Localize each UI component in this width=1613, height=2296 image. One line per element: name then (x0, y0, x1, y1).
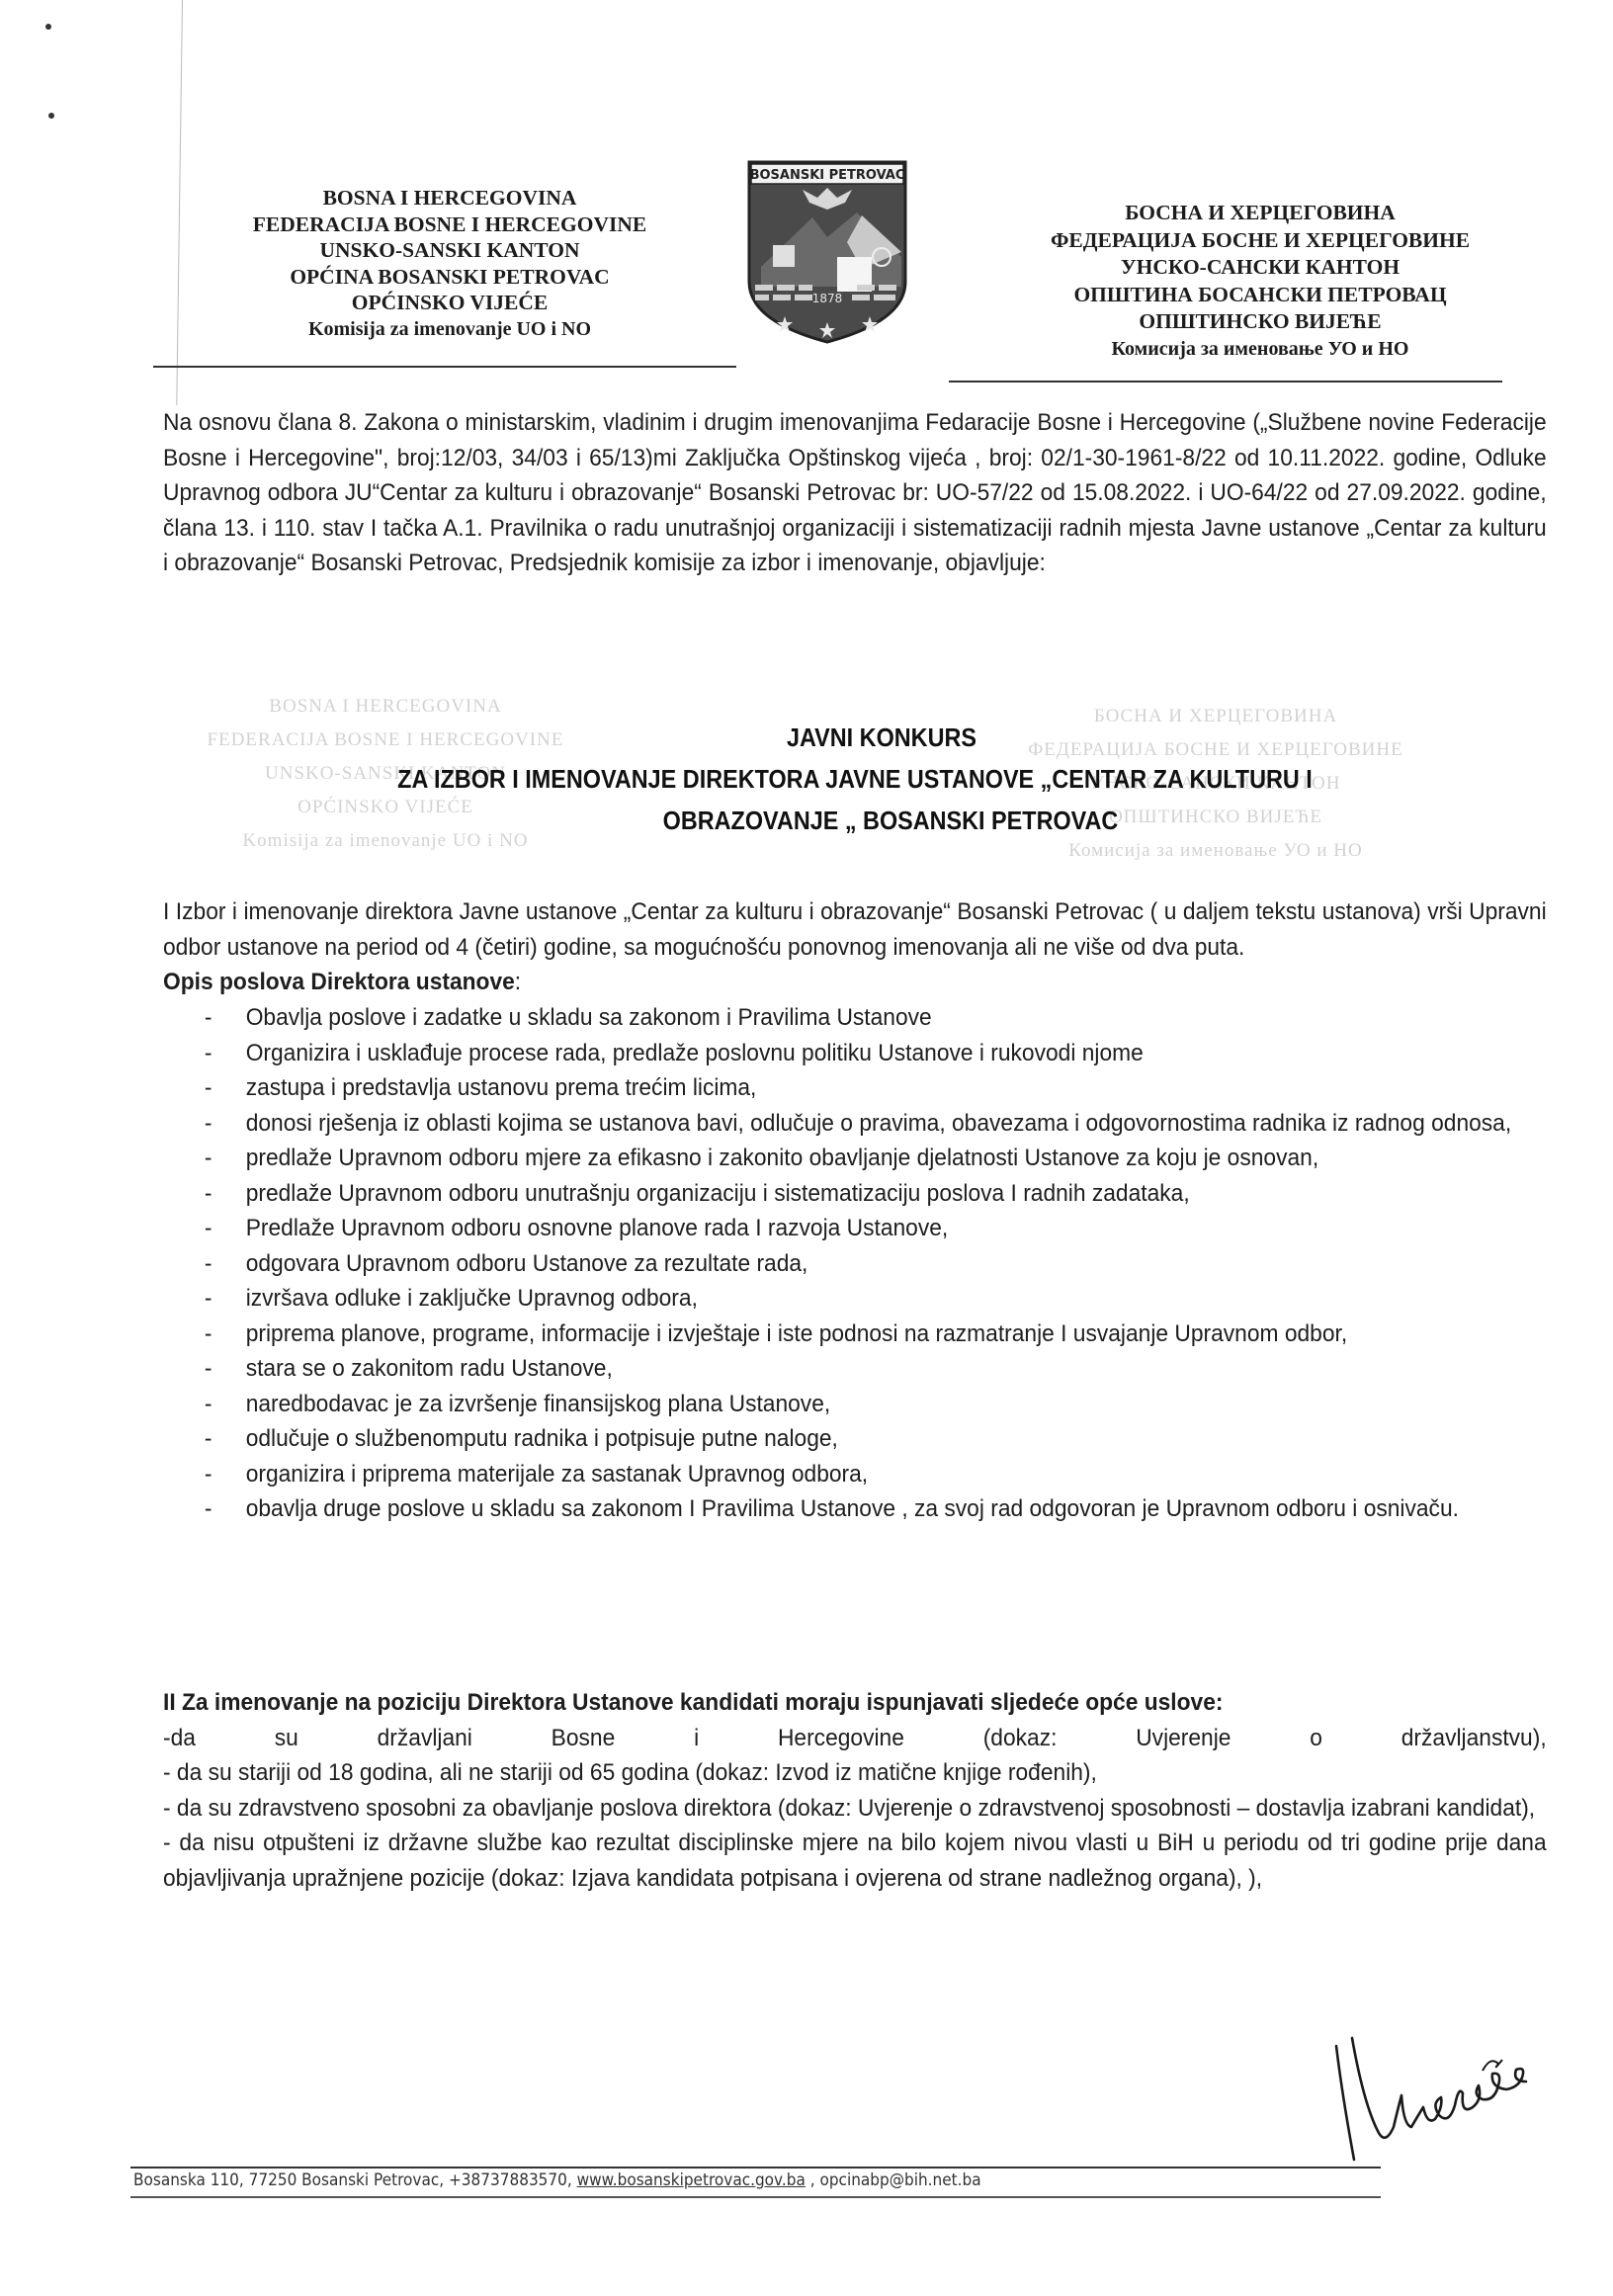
website-link[interactable]: www.bosanskipetrovac.gov.ba (577, 2170, 806, 2190)
duties-list: Obavlja poslove i zadatke u skladu sa za… (163, 1000, 1547, 1527)
list-item: odgovara Upravnom odboru Ustanove za rez… (163, 1246, 1547, 1282)
condition: - da nisu otpušteni iz državne službe ka… (163, 1826, 1547, 1896)
list-item: odlučuje o službenomputu radnika i potpi… (163, 1421, 1547, 1457)
footer-contact: Bosanska 110, 77250 Bosanski Petrovac, +… (133, 2170, 981, 2190)
title-line-1: JAVNI KONKURS (286, 717, 1478, 758)
header-rule-left (153, 366, 736, 368)
header-line: OPĆINA BOSANSKI PETROVAC (193, 264, 707, 291)
email-link[interactable]: opcinabp@bih.net.ba (819, 2170, 980, 2190)
list-item: obavlja druge poslove u skladu sa zakono… (163, 1491, 1547, 1527)
list-item: donosi rješenja iz oblasti kojima se ust… (163, 1106, 1547, 1142)
list-item: predlaže Upravnom odboru unutrašnju orga… (163, 1176, 1547, 1212)
list-item: izvršava odluke i zaključke Upravnog odb… (163, 1281, 1547, 1317)
section-2-heading: II Za imenovanje na poziciju Direktora U… (163, 1685, 1547, 1721)
contest-title: JAVNI KONKURS ZA IZBOR I IMENOVANJE DIRE… (232, 717, 1478, 841)
title-line-2: ZA IZBOR I IMENOVANJE DIREKTORA JAVNE US… (232, 758, 1478, 800)
list-item: organizira i priprema materijale za sast… (163, 1457, 1547, 1492)
handwritten-signature-icon (1324, 2016, 1532, 2165)
footer-address: Bosanska 110, 77250 Bosanski Petrovac, +… (133, 2170, 577, 2190)
section-1-text: I Izbor i imenovanje direktora Javne ust… (163, 894, 1547, 965)
header-line: FEDERACIJA BOSNE I HERCEGOVINE (193, 212, 707, 238)
section-2: II Za imenovanje na poziciju Direktora U… (163, 1685, 1547, 1896)
title-line-3: OBRAZOVANJE „ BOSANSKI PETROVAC (303, 800, 1478, 841)
scan-margin-line (176, 0, 183, 405)
list-item: priprema planove, programe, informacije … (163, 1317, 1547, 1352)
intro-paragraph: Na osnovu člana 8. Zakona o ministarskim… (163, 405, 1547, 581)
header-line: УНСКО-САНСКИ КАНТОН (998, 254, 1522, 282)
coat-of-arms-icon: BOSANSKI PETROVAC 1878 (743, 158, 911, 346)
header-line: ОПШТИНСКО ВИЈЕЋЕ (998, 308, 1522, 336)
footer-rule-bottom (130, 2196, 1381, 2198)
svg-text:1878: 1878 (812, 292, 843, 305)
header-cyrillic: БОСНА И ХЕРЦЕГОВИНА ФЕДЕРАЦИЈА БОСНЕ И Х… (998, 200, 1522, 363)
svg-text:BOSANSKI PETROVAC: BOSANSKI PETROVAC (750, 168, 905, 183)
list-item: zastupa i predstavlja ustanovu prema tre… (163, 1070, 1547, 1106)
header-subtitle: Комисија за именовање УО и НО (998, 336, 1522, 364)
list-item: Organizira i usklađuje procese rada, pre… (163, 1036, 1547, 1071)
header-rule-right (949, 381, 1502, 383)
header-line: UNSKO-SANSKI KANTON (193, 237, 707, 264)
list-item: predlaže Upravnom odboru mjere za efikas… (163, 1141, 1547, 1176)
scan-speck (48, 113, 54, 119)
list-item: Predlaže Upravnom odboru osnovne planove… (163, 1211, 1547, 1246)
header-line: OPĆINSKO VIJEĆE (193, 290, 707, 316)
condition: - da su zdravstveno sposobni za obavljan… (163, 1791, 1547, 1827)
footer-rule-top (130, 2167, 1381, 2168)
section-1: I Izbor i imenovanje direktora Javne ust… (163, 894, 1547, 1527)
header-line: BOSNA I HERCEGOVINA (193, 185, 707, 212)
list-item: naredbodavac je za izvršenje finansijsko… (163, 1387, 1547, 1422)
duties-heading-text: Opis poslova Direktora ustanove (163, 969, 515, 995)
scan-speck (45, 24, 51, 30)
header-line: ОПШТИНА БОСАНСКИ ПЕТРОВАЦ (998, 282, 1522, 309)
condition: -da su državljani Bosne i Hercegovine (d… (163, 1721, 1547, 1756)
header-subtitle: Komisija za imenovanje UO i NO (193, 316, 707, 343)
header-line: БОСНА И ХЕРЦЕГОВИНА (998, 200, 1522, 227)
duties-heading: Opis poslova Direktora ustanove: (163, 965, 1547, 1000)
header-latin: BOSNA I HERCEGOVINA FEDERACIJA BOSNE I H… (193, 185, 707, 342)
list-item: stara se o zakonitom radu Ustanove, (163, 1351, 1547, 1387)
intro-section: Na osnovu člana 8. Zakona o ministarskim… (163, 405, 1547, 581)
list-item: Obavlja poslove i zadatke u skladu sa za… (163, 1000, 1547, 1036)
document-page: BOSNA I HERCEGOVINA FEDERACIJA BOSNE I H… (0, 0, 1613, 2296)
header-line: ФЕДЕРАЦИЈА БОСНЕ И ХЕРЦЕГОВИНЕ (998, 227, 1522, 255)
condition: - da su stariji od 18 godina, ali ne sta… (163, 1755, 1547, 1791)
